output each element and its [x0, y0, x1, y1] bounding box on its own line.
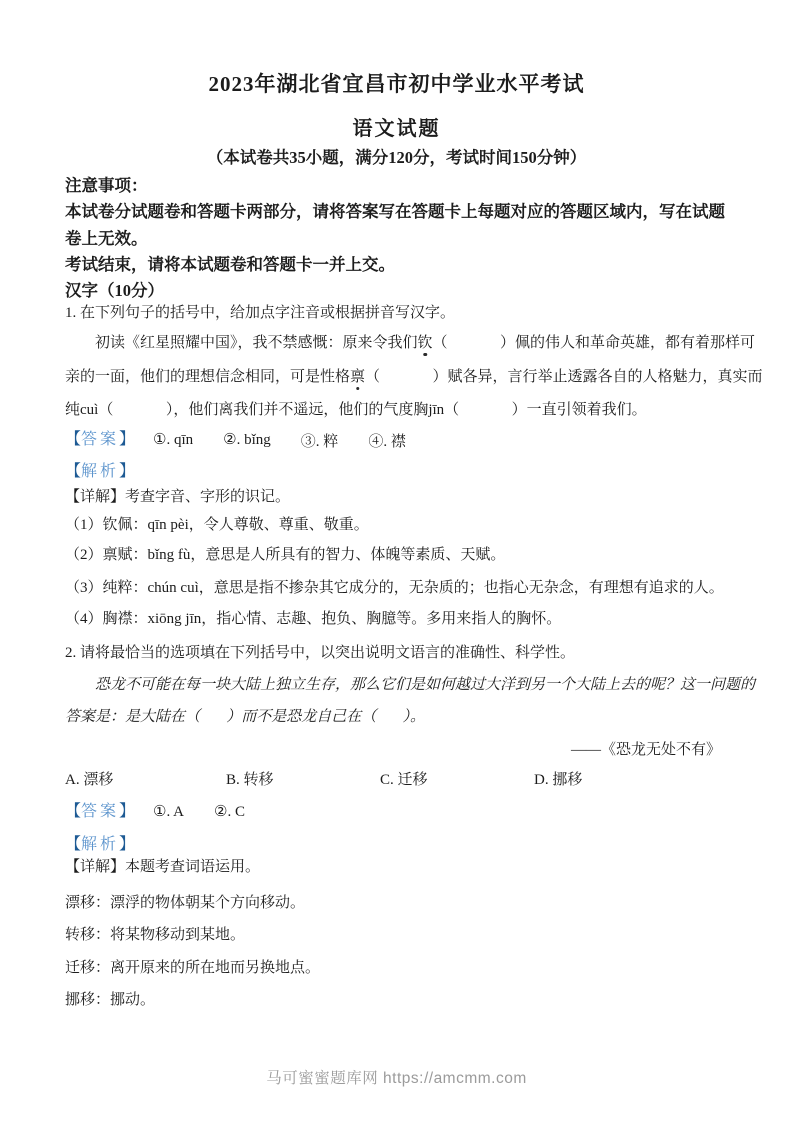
answer-marker-label: 答案 [81, 431, 119, 448]
watermark-footer: 马可蜜蜜题库网 https://amcmm.com [0, 1066, 793, 1088]
notice-line: 本试卷分试题卷和答题卡两部分，请将答案写在答题卡上每题对应的答题区域内，写在试题 [65, 198, 725, 222]
q1-passage-line-3: 纯cuì（ ），他们离我们并不遥远，他们的气度胸jīn（ ）一直引领着我们。 [65, 398, 647, 419]
q2-answer-items: ①. A ②. C [153, 802, 245, 821]
q2-analysis-marker: 【解析】 [65, 831, 135, 854]
q1-answer-row: 【答案】 ①. qīn ②. bǐng ③. 粹 ④. 襟 [65, 426, 406, 451]
notice-line: 卷上无效。 [65, 225, 148, 249]
passage-text: 初读《红星照耀中国》，我不禁感慨：原来令我们 [95, 335, 418, 351]
notice-line: 考试结束，请将本试题卷和答题卡一并上交。 [65, 251, 395, 275]
analysis-marker-label: 解析 [81, 836, 119, 853]
bracket: 【 [65, 431, 81, 448]
q2-passage-line-2: 答案是：是大陆在（ ）而不是恐龙自己在（ ）。 [65, 705, 425, 726]
q2-source-attribution: ——《恐龙无处不有》 [571, 738, 721, 759]
q2-stem: 2. 请将最恰当的选项填在下列括号中，以突出说明文语言的准确性、科学性。 [65, 641, 575, 662]
option-d: D. 挪移 [534, 768, 582, 789]
q2-options-row: A. 漂移 B. 转移 C. 迁移 D. 挪移 [65, 768, 735, 790]
analysis-marker-label: 解析 [81, 463, 119, 480]
q2-definition: 挪移：挪动。 [65, 988, 155, 1009]
q2-passage-line-1: 恐龙不可能在每一块大陆上独立生存，那么它们是如何越过大洋到另一个大陆上去的呢？这… [65, 673, 755, 694]
q1-explanation: （4）胸襟：xiōng jīn，指心情、志趣、抱负、胸臆等。多用来指人的胸怀。 [65, 607, 561, 628]
answer-item: ②. C [214, 802, 245, 821]
answer-marker: 【答案】 [65, 798, 135, 821]
doc-title: 2023年湖北省宜昌市初中学业水平考试 [0, 68, 793, 98]
emphasized-char: 钦 [418, 335, 433, 351]
answer-item: ④. 襟 [368, 430, 406, 451]
q1-detail: 【详解】考查字音、字形的识记。 [65, 485, 290, 506]
bracket: 】 [119, 803, 135, 820]
answer-item: ②. bǐng [223, 430, 271, 451]
passage-text: 亲的一面，他们的理想信念相同，可是性格 [65, 369, 350, 385]
analysis-marker: 【解析】 [65, 463, 135, 480]
q2-definition: 迁移：离开原来的所在地而另换地点。 [65, 956, 320, 977]
option-a: A. 漂移 [65, 768, 113, 789]
bracket: 】 [119, 836, 135, 853]
q2-detail: 【详解】本题考查词语运用。 [65, 855, 260, 876]
q1-passage-line-2: 亲的一面，他们的理想信念相同，可是性格禀（ ）赋各异，言行举止透露各自的人格魅力… [65, 365, 763, 386]
option-c: C. 迁移 [380, 768, 428, 789]
q1-explanation: （3）纯粹：chún cuì，意思是指不掺杂其它成分的，无杂质的；也指心无杂念，… [65, 576, 724, 597]
option-b: B. 转移 [226, 768, 274, 789]
answer-marker-label: 答案 [81, 803, 119, 820]
q1-analysis-marker: 【解析】 [65, 458, 135, 481]
answer-item: ①. qīn [153, 430, 193, 451]
section-heading: 汉字（10分） [65, 277, 164, 301]
bracket: 【 [65, 803, 81, 820]
q1-explanation: （1）钦佩：qīn pèi，令人尊敬、尊重、敬重。 [65, 513, 369, 534]
analysis-marker: 【解析】 [65, 836, 135, 853]
emphasized-char: 禀 [350, 369, 365, 385]
notice-heading: 注意事项： [65, 172, 148, 196]
passage-text: （ ）佩的伟人和革命英雄，都有着那样可 [433, 335, 756, 351]
bracket: 】 [119, 463, 135, 480]
q2-answer-row: 【答案】 ①. A ②. C [65, 798, 245, 821]
q1-explanation: （2）禀赋：bǐng fù，意思是人所具有的智力、体魄等素质、天赋。 [65, 543, 505, 564]
q2-definition: 漂移：漂浮的物体朝某个方向移动。 [65, 891, 305, 912]
answer-item: ①. A [153, 802, 184, 821]
bracket: 】 [119, 431, 135, 448]
answer-marker: 【答案】 [65, 426, 135, 449]
exam-info: （本试卷共35小题，满分120分，考试时间150分钟） [0, 144, 793, 168]
q1-answer-items: ①. qīn ②. bǐng ③. 粹 ④. 襟 [153, 430, 406, 451]
q1-stem: 1. 在下列句子的括号中，给加点字注音或根据拼音写汉字。 [65, 301, 455, 322]
passage-text: （ ）赋各异，言行举止透露各自的人格魅力，真实而 [365, 369, 763, 385]
bracket: 【 [65, 463, 81, 480]
q1-passage-line-1: 初读《红星照耀中国》，我不禁感慨：原来令我们钦（ ）佩的伟人和革命英雄，都有着那… [65, 331, 755, 352]
q2-definition: 转移：将某物移动到某地。 [65, 923, 245, 944]
doc-subtitle: 语文试题 [0, 112, 793, 141]
bracket: 【 [65, 836, 81, 853]
answer-item: ③. 粹 [301, 430, 339, 451]
exam-document-page: 2023年湖北省宜昌市初中学业水平考试 语文试题 （本试卷共35小题，满分120… [0, 0, 793, 1122]
